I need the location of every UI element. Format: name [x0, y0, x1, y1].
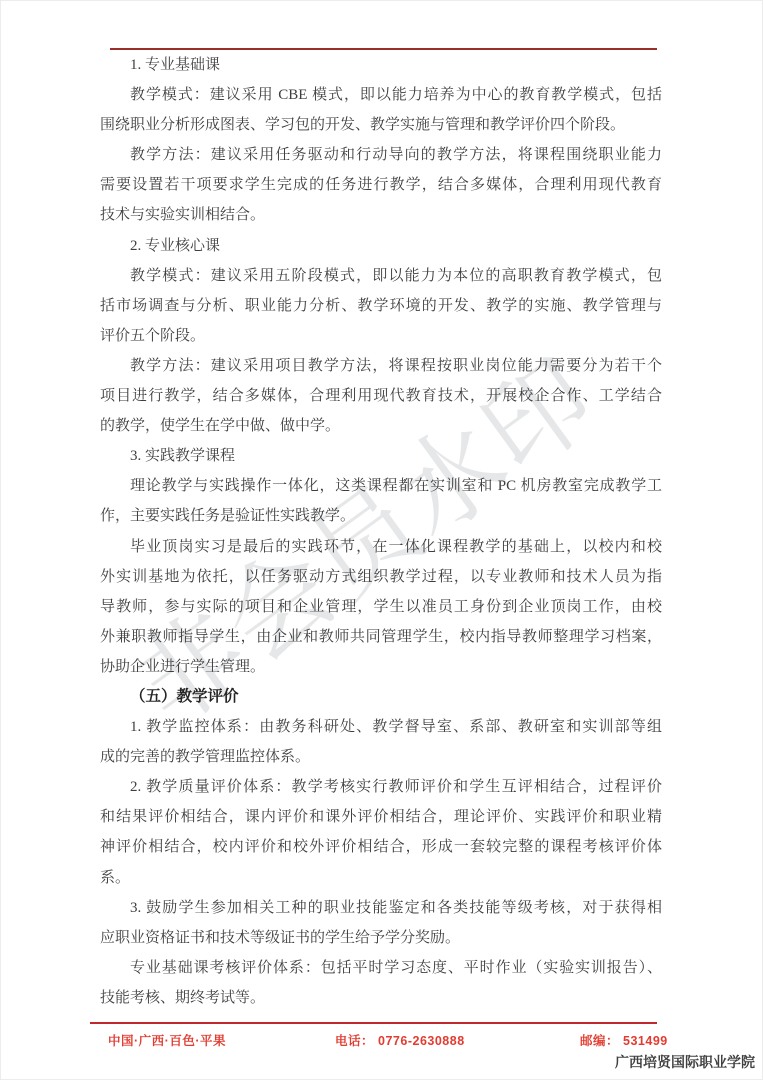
- text-line: 外实训基地为依托，以任务驱动方式组织教学过程，以专业教师和技术人员为指: [100, 562, 662, 592]
- text-line: 外兼职教师指导学生，由企业和教师共同管理学生，校内指导教师整理学习档案，: [100, 622, 662, 652]
- institution-name: 广西培贤国际职业学院: [615, 1052, 755, 1072]
- footer-postal-code: 531499: [623, 1034, 668, 1048]
- text-line: 协助企业进行学生管理。: [100, 652, 662, 682]
- text-line: 教学模式：建议采用五阶段模式，即以能力为本位的高职教育教学模式，包: [100, 261, 662, 291]
- footer-postal: 邮编：531499: [580, 1031, 668, 1049]
- text-line: 系。: [100, 863, 662, 893]
- text-line: 专业基础课考核评价体系：包括平时学习态度、平时作业（实验实训报告）、: [100, 953, 662, 983]
- text-line: 毕业顶岗实习是最后的实践环节，在一体化课程教学的基础上，以校内和校: [100, 532, 662, 562]
- footer-phone-label: 电话：: [335, 1034, 374, 1048]
- text-line: 括市场调查与分析、职业能力分析、教学环境的开发、教学的实施、教学管理与: [100, 291, 662, 321]
- text-line: 需要设置若干项要求学生完成的任务进行教学，结合多媒体，合理利用现代教育: [100, 170, 662, 200]
- footer-postal-label: 邮编：: [580, 1034, 619, 1048]
- section-heading-line: （五）教学评价: [100, 682, 662, 712]
- text-line: 1. 教学监控体系：由教务科研处、教学督导室、系部、教研室和实训部等组: [100, 712, 662, 742]
- text-line: 技术与实验实训相结合。: [100, 200, 662, 230]
- footer-divider-rule: [90, 1022, 657, 1024]
- text-line: 导教师，参与实际的项目和企业管理，学生以准员工身份到企业顶岗工作，由校: [100, 592, 662, 622]
- text-line: 理论教学与实践操作一体化，这类课程都在实训室和 PC 机房教室完成教学工: [100, 471, 662, 501]
- text-line: 和结果评价相结合，课内评价和课外评价相结合，理论评价、实践评价和职业精: [100, 802, 662, 832]
- footer-location: 中国·广西·百色·平果: [108, 1031, 226, 1049]
- document-body: 1. 专业基础课教学模式：建议采用 CBE 模式，即以能力培养为中心的教育教学模…: [100, 50, 662, 1013]
- text-line: 3. 鼓励学生参加相关工种的职业技能鉴定和各类技能等级考核，对于获得相: [100, 893, 662, 923]
- footer-location-text: 中国·广西·百色·平果: [108, 1034, 226, 1048]
- text-line: 1. 专业基础课: [100, 50, 662, 80]
- text-line: 技能考核、期终考试等。: [100, 983, 662, 1013]
- text-line: 2. 教学质量评价体系：教学考核实行教师评价和学生互评相结合，过程评价: [100, 772, 662, 802]
- text-line: 神评价相结合，校内评价和校外评价相结合，形成一套较完整的课程考核评价体: [100, 832, 662, 862]
- footer-phone-number: 0776-2630888: [378, 1034, 465, 1048]
- text-line: 教学模式：建议采用 CBE 模式，即以能力培养为中心的教育教学模式，包括: [100, 80, 662, 110]
- text-line: 教学方法：建议采用任务驱动和行动导向的教学方法，将课程围绕职业能力: [100, 140, 662, 170]
- text-line: 3. 实践教学课程: [100, 441, 662, 471]
- footer-phone: 电话：0776-2630888: [335, 1031, 465, 1049]
- text-line: 应职业资格证书和技术等级证书的学生给予学分奖励。: [100, 923, 662, 953]
- document-page: 非会员水印 1. 专业基础课教学模式：建议采用 CBE 模式，即以能力培养为中心…: [0, 0, 763, 1080]
- text-line: 项目进行教学，结合多媒体，合理利用现代教育技术，开展校企合作、工学结合: [100, 381, 662, 411]
- text-line: 的教学，使学生在学中做、做中学。: [100, 411, 662, 441]
- text-line: 围绕职业分析形成图表、学习包的开发、教学实施与管理和教学评价四个阶段。: [100, 110, 662, 140]
- text-line: 2. 专业核心课: [100, 231, 662, 261]
- text-line: 教学方法：建议采用项目教学方法，将课程按职业岗位能力需要分为若干个: [100, 351, 662, 381]
- text-line: 评价五个阶段。: [100, 321, 662, 351]
- text-line: 成的完善的教学管理监控体系。: [100, 742, 662, 772]
- text-line: 作，主要实践任务是验证性实践教学。: [100, 501, 662, 531]
